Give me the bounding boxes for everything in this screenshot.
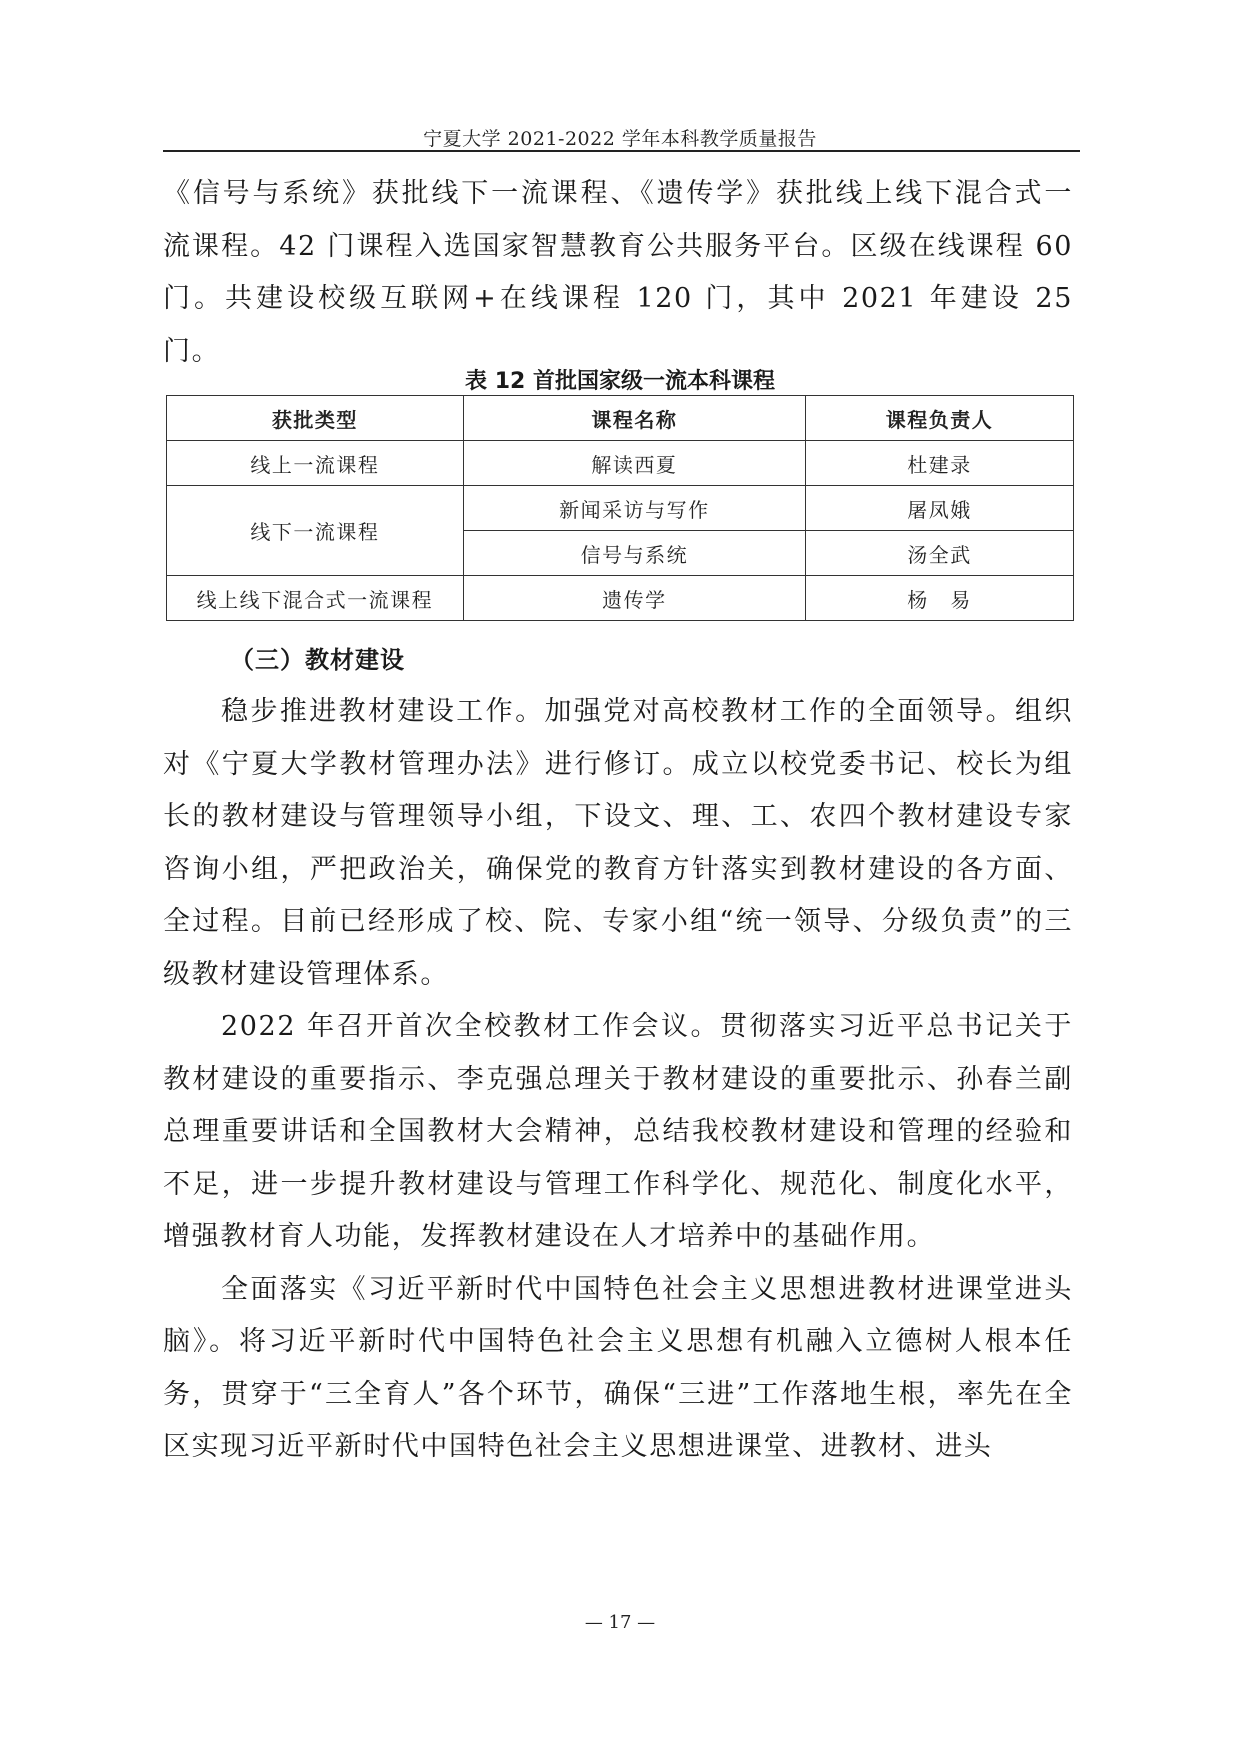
page-header-title: 宁夏大学 2021-2022 学年本科教学质量报告	[0, 124, 1240, 151]
paragraph: 2022 年召开首次全校教材工作会议。贯彻落实习近平总书记关于教材建设的重要指示…	[163, 1001, 1073, 1264]
paragraph: 稳步推进教材建设工作。加强党对高校教材工作的全面领导。组织对《宁夏大学教材管理办…	[163, 686, 1073, 1001]
header-course-name: 课程名称	[463, 396, 805, 441]
cell-course: 遗传学	[463, 576, 805, 621]
cell-course: 解读西夏	[463, 441, 805, 486]
page-number: — 17 —	[0, 1612, 1240, 1633]
intro-paragraph: 《信号与系统》获批线下一流课程、《遗传学》获批线上线下混合式一 流课程。42 门…	[163, 168, 1073, 378]
intro-line: 流课程。42 门课程入选国家智慧教育公共服务平台。区级在线课程 60	[163, 221, 1073, 274]
header-approval-type: 获批类型	[167, 396, 464, 441]
header-course-lead: 课程负责人	[806, 396, 1074, 441]
course-table: 获批类型 课程名称 课程负责人 线上一流课程 解读西夏 杜建录 线下一流课程 新…	[166, 395, 1074, 621]
table-row: 线上线下混合式一流课程 遗传学 杨 易	[167, 576, 1074, 621]
table-caption: 表 12 首批国家级一流本科课程	[0, 364, 1240, 395]
table-row: 线下一流课程 新闻采访与写作 屠凤娥	[167, 486, 1074, 531]
cell-lead: 屠凤娥	[806, 486, 1074, 531]
cell-lead: 杜建录	[806, 441, 1074, 486]
cell-lead: 汤全武	[806, 531, 1074, 576]
intro-line: 《信号与系统》获批线下一流课程、《遗传学》获批线上线下混合式一	[163, 168, 1073, 221]
table-row: 线上一流课程 解读西夏 杜建录	[167, 441, 1074, 486]
cell-course: 新闻采访与写作	[463, 486, 805, 531]
header-rule	[163, 150, 1080, 152]
section-body: 稳步推进教材建设工作。加强党对高校教材工作的全面领导。组织对《宁夏大学教材管理办…	[163, 686, 1073, 1474]
section-heading: （三）教材建设	[230, 640, 405, 675]
paragraph: 全面落实《习近平新时代中国特色社会主义思想进教材进课堂进头脑》。将习近平新时代中…	[163, 1264, 1073, 1474]
cell-lead: 杨 易	[806, 576, 1074, 621]
table-header-row: 获批类型 课程名称 课程负责人	[167, 396, 1074, 441]
cell-course: 信号与系统	[463, 531, 805, 576]
cell-type: 线下一流课程	[167, 486, 464, 576]
cell-type: 线上线下混合式一流课程	[167, 576, 464, 621]
intro-line: 门。共建设校级互联网+在线课程 120 门，其中 2021 年建设 25 门。	[163, 273, 1073, 378]
cell-type: 线上一流课程	[167, 441, 464, 486]
